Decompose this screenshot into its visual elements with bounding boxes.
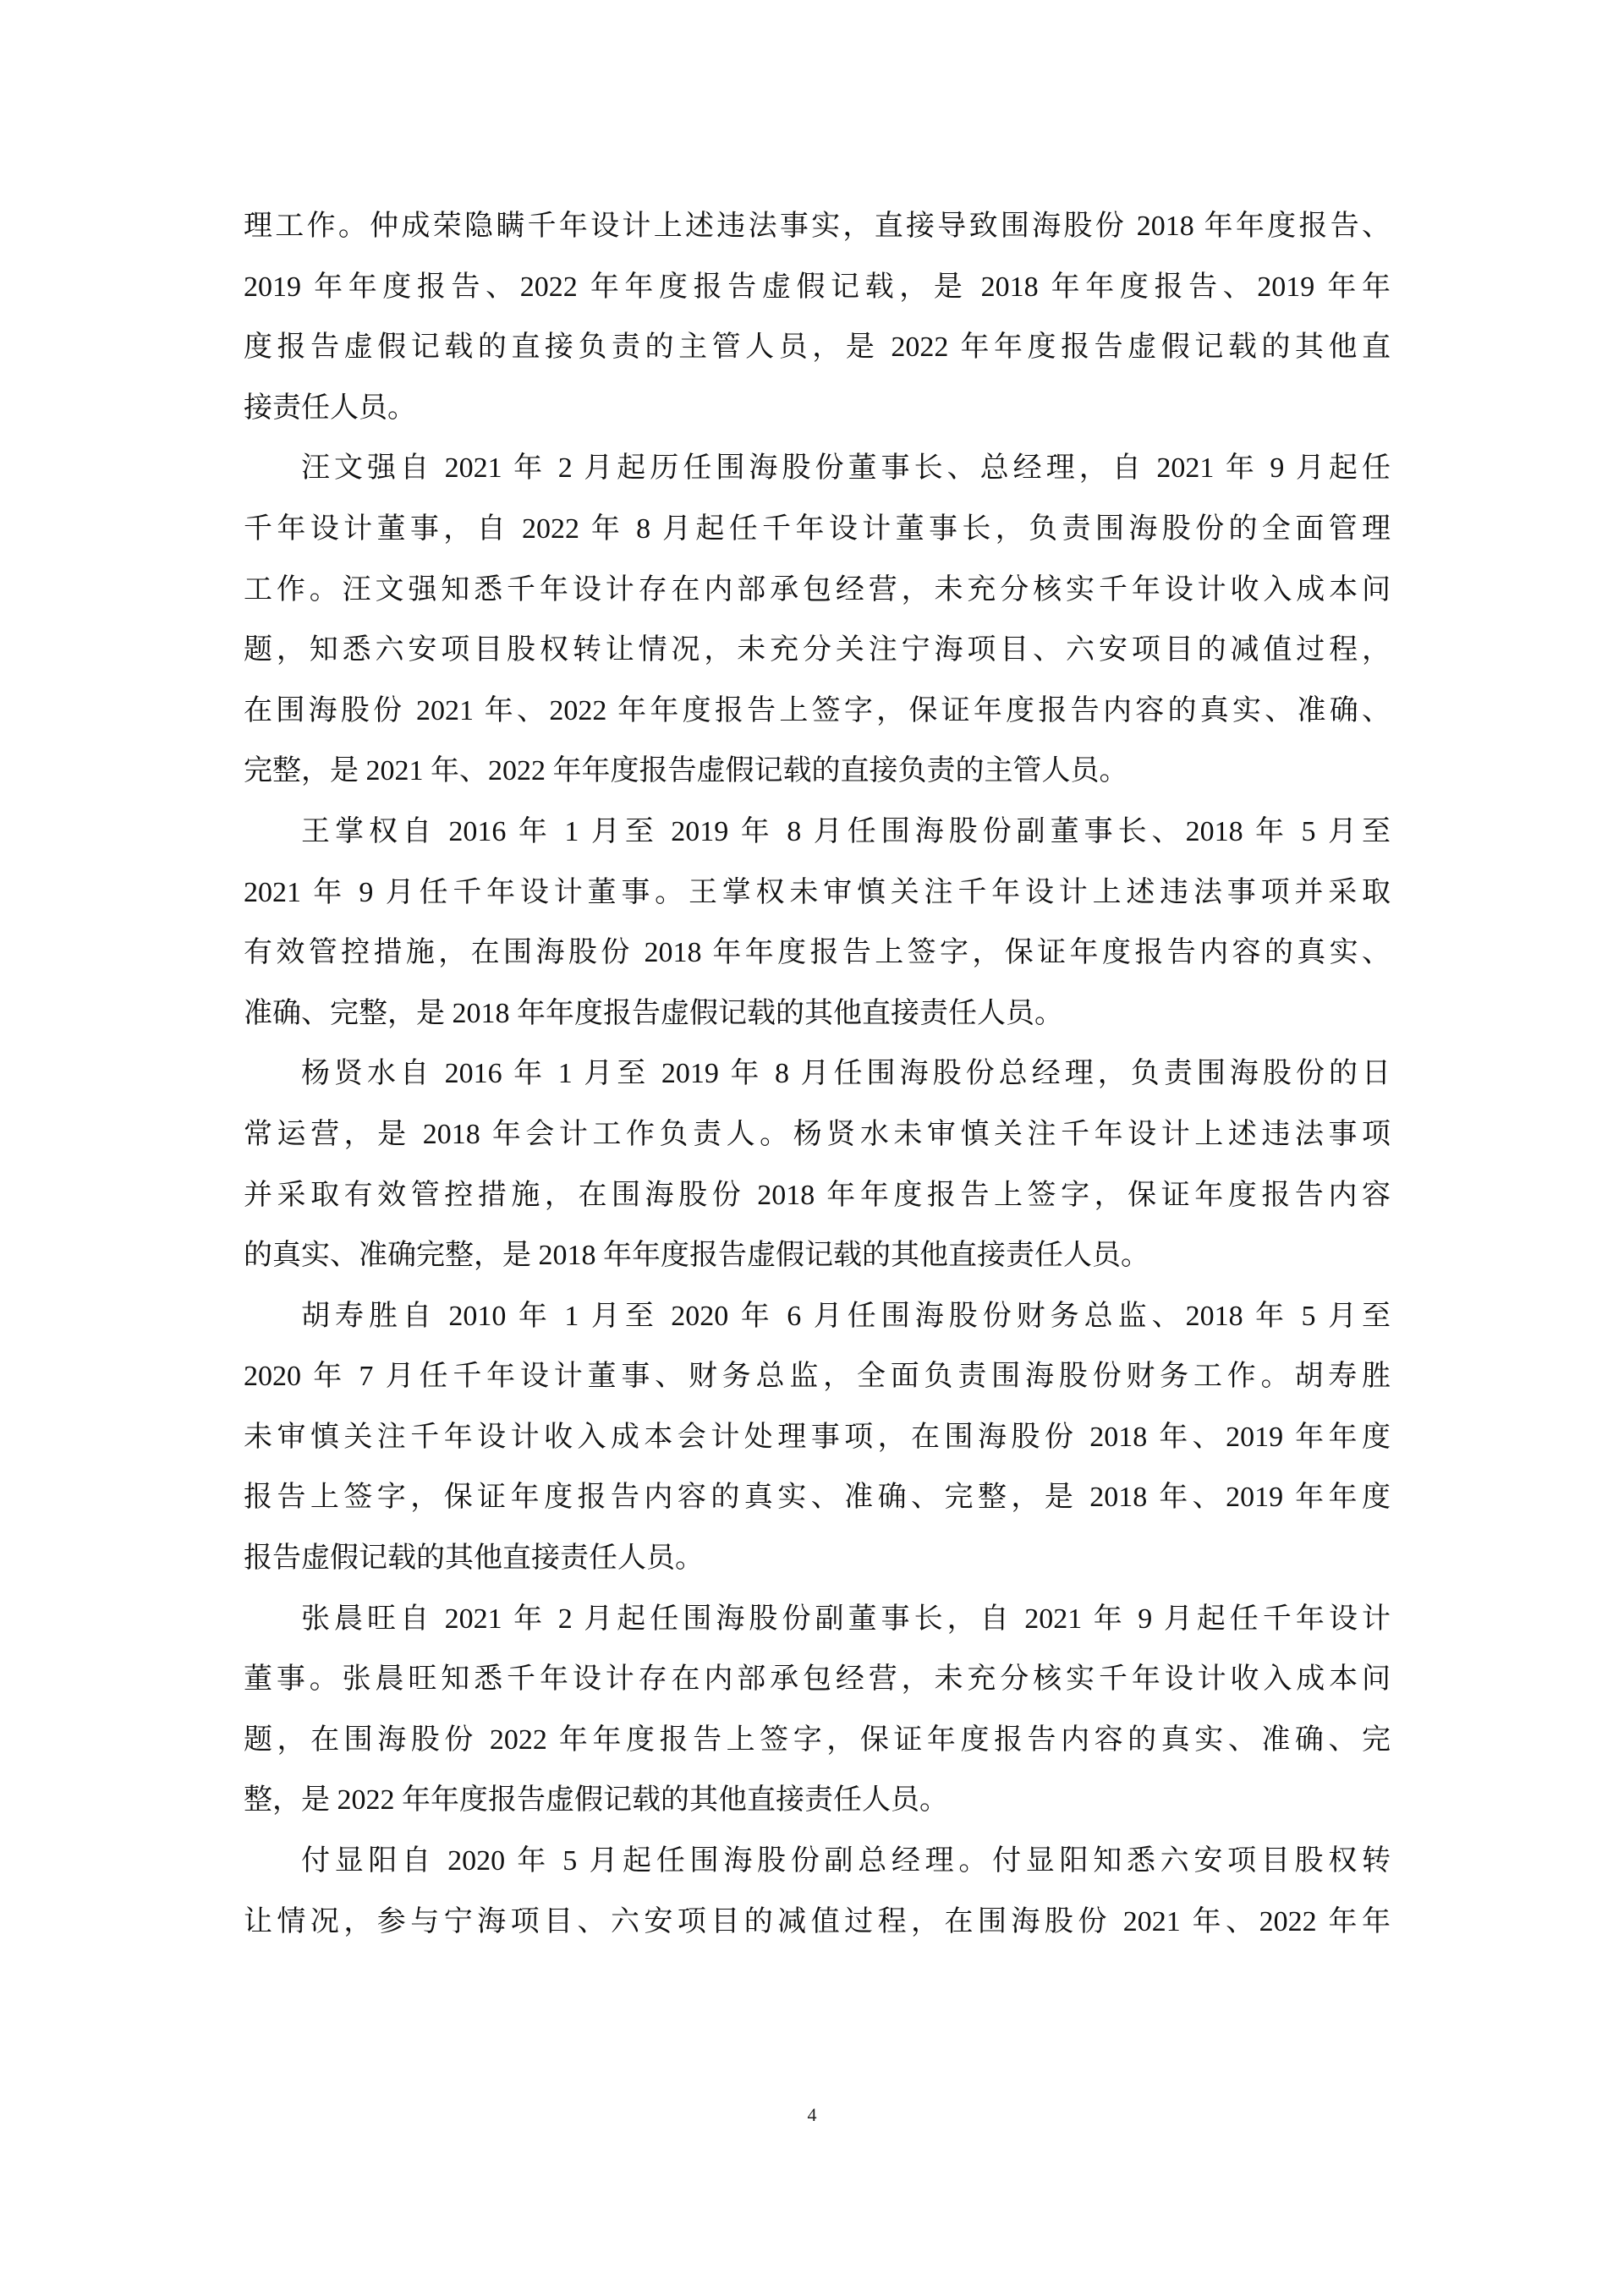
paragraph-zhong-chengrong-continuation: 理工作。仲成荣隐瞒千年设计上述违法事实，直接导致围海股份 2018 年年度报告、… [244, 196, 1391, 438]
text-line: 2021 年 9 月任千年设计董事。王掌权未审慎关注千年设计上述违法事项并采取 [244, 863, 1391, 923]
paragraph-hu-shousheng: 胡寿胜自 2010 年 1 月至 2020 年 6 月任围海股份财务总监、201… [244, 1286, 1391, 1589]
text-line: 未审慎关注千年设计收入成本会计处理事项，在围海股份 2018 年、2019 年年… [244, 1407, 1391, 1468]
text-line: 常运营，是 2018 年会计工作负责人。杨贤水未审慎关注千年设计上述违法事项 [244, 1104, 1391, 1165]
paragraph-wang-wenqiang: 汪文强自 2021 年 2 月起历任围海股份董事长、总经理，自 2021 年 9… [244, 438, 1391, 802]
text-line: 在围海股份 2021 年、2022 年年度报告上签字，保证年度报告内容的真实、准… [244, 681, 1391, 742]
text-line: 董事。张晨旺知悉千年设计存在内部承包经营，未充分核实千年设计收入成本问 [244, 1649, 1391, 1710]
text-line: 理工作。仲成荣隐瞒千年设计上述违法事实，直接导致围海股份 2018 年年度报告、 [244, 196, 1391, 257]
text-line: 接责任人员。 [244, 378, 1391, 439]
text-line: 度报告虚假记载的直接负责的主管人员，是 2022 年年度报告虚假记载的其他直 [244, 317, 1391, 378]
text-line: 报告虚假记载的其他直接责任人员。 [244, 1528, 1391, 1589]
text-line: 汪文强自 2021 年 2 月起历任围海股份董事长、总经理，自 2021 年 9… [244, 438, 1391, 499]
text-line: 并采取有效管控措施，在围海股份 2018 年年度报告上签字，保证年度报告内容 [244, 1165, 1391, 1226]
text-line: 2019 年年度报告、2022 年年度报告虚假记载，是 2018 年年度报告、2… [244, 257, 1391, 318]
document-page: 理工作。仲成荣隐瞒千年设计上述违法事实，直接导致围海股份 2018 年年度报告、… [0, 0, 1624, 2296]
text-line: 张晨旺自 2021 年 2 月起任围海股份副董事长，自 2021 年 9 月起任… [244, 1589, 1391, 1650]
paragraph-fu-xianyang: 付显阳自 2020 年 5 月起任围海股份副总经理。付显阳知悉六安项目股权转 让… [244, 1831, 1391, 1952]
text-line: 王掌权自 2016 年 1 月至 2019 年 8 月任围海股份副董事长、201… [244, 802, 1391, 863]
text-line: 题，在围海股份 2022 年年度报告上签字，保证年度报告内容的真实、准确、完 [244, 1710, 1391, 1771]
paragraph-zhang-chenwang: 张晨旺自 2021 年 2 月起任围海股份副董事长，自 2021 年 9 月起任… [244, 1589, 1391, 1831]
text-line: 完整，是 2021 年、2022 年年度报告虚假记载的直接负责的主管人员。 [244, 741, 1391, 802]
text-line: 有效管控措施，在围海股份 2018 年年度报告上签字，保证年度报告内容的真实、 [244, 923, 1391, 984]
page-number: 4 [0, 2104, 1624, 2126]
document-body: 理工作。仲成荣隐瞒千年设计上述违法事实，直接导致围海股份 2018 年年度报告、… [244, 196, 1391, 1952]
paragraph-yang-xianshui: 杨贤水自 2016 年 1 月至 2019 年 8 月任围海股份总经理，负责围海… [244, 1044, 1391, 1285]
paragraph-wang-zhangquan: 王掌权自 2016 年 1 月至 2019 年 8 月任围海股份副董事长、201… [244, 802, 1391, 1044]
text-line: 付显阳自 2020 年 5 月起任围海股份副总经理。付显阳知悉六安项目股权转 [244, 1831, 1391, 1892]
text-line: 2020 年 7 月任千年设计董事、财务总监，全面负责围海股份财务工作。胡寿胜 [244, 1346, 1391, 1407]
text-line: 题，知悉六安项目股权转让情况，未充分关注宁海项目、六安项目的减值过程， [244, 620, 1391, 681]
text-line: 整，是 2022 年年度报告虚假记载的其他直接责任人员。 [244, 1770, 1391, 1831]
text-line: 胡寿胜自 2010 年 1 月至 2020 年 6 月任围海股份财务总监、201… [244, 1286, 1391, 1347]
text-line: 准确、完整，是 2018 年年度报告虚假记载的其他直接责任人员。 [244, 984, 1391, 1044]
text-line: 千年设计董事，自 2022 年 8 月起任千年设计董事长，负责围海股份的全面管理 [244, 499, 1391, 560]
text-line: 的真实、准确完整，是 2018 年年度报告虚假记载的其他直接责任人员。 [244, 1225, 1391, 1286]
text-line: 工作。汪文强知悉千年设计存在内部承包经营，未充分核实千年设计收入成本问 [244, 560, 1391, 621]
text-line: 让情况，参与宁海项目、六安项目的减值过程，在围海股份 2021 年、2022 年… [244, 1892, 1391, 1953]
text-line: 报告上签字，保证年度报告内容的真实、准确、完整，是 2018 年、2019 年年… [244, 1467, 1391, 1528]
text-line: 杨贤水自 2016 年 1 月至 2019 年 8 月任围海股份总经理，负责围海… [244, 1044, 1391, 1104]
